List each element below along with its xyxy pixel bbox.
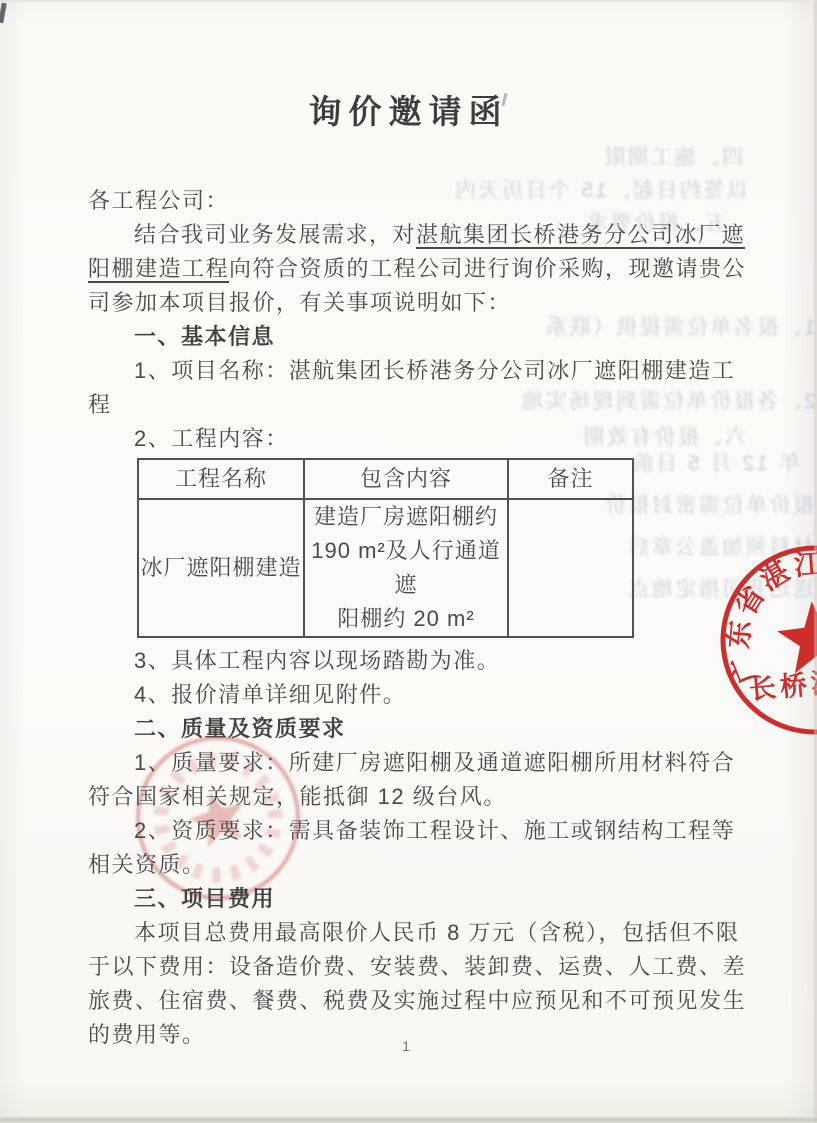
section1-item1-line2: 程 bbox=[88, 388, 750, 422]
section3-p-line3: 旅费、住宿费、餐费、税费及实施过程中应预见和不可预见发生 bbox=[88, 984, 750, 1018]
scan-edge-bottom bbox=[0, 1116, 817, 1123]
intro-line-1: 结合我司业务发展需求，对湛航集团长桥港务分公司冰厂遮 bbox=[88, 218, 750, 252]
table-cell-content-line2: 190 m²及人行通道遮 bbox=[305, 534, 507, 602]
intro-line-3: 司参加本项目报价，有关事项说明如下： bbox=[88, 286, 750, 320]
scan-edge-top bbox=[0, 0, 817, 2]
table-cell-content-line1: 建造厂房遮阳棚约 bbox=[305, 500, 507, 534]
intro-line-1-text: 结合我司业务发展需求，对 bbox=[134, 222, 416, 247]
section2-item1-line1: 1、质量要求：所建厂房遮阳棚及通道遮阳棚所用材料符合 bbox=[88, 746, 750, 780]
table-header-content: 包含内容 bbox=[304, 459, 508, 499]
salutation: 各工程公司： bbox=[88, 184, 750, 218]
table-cell-content: 建造厂房遮阳棚约 190 m²及人行通道遮 阳棚约 20 m² bbox=[304, 499, 508, 637]
section1-item3: 3、具体工程内容以现场踏勘为准。 bbox=[88, 644, 750, 678]
table-header-name: 工程名称 bbox=[138, 459, 304, 499]
seal-star-icon bbox=[775, 598, 817, 674]
project-name-underlined-1: 湛航集团长桥港务分公司冰厂遮 bbox=[416, 222, 745, 247]
intro-line-2-text: 向符合资质的工程公司进行询价采购，现邀请贵公 bbox=[229, 256, 746, 281]
section2-heading: 二、质量及资质要求 bbox=[88, 712, 750, 746]
table-row: 冰厂遮阳棚建造 建造厂房遮阳棚约 190 m²及人行通道遮 阳棚约 20 m² bbox=[138, 499, 633, 637]
section2-item2-line2: 相关资质。 bbox=[88, 848, 750, 882]
section3-p-line2: 于以下费用：设备造价费、安装费、装卸费、运费、人工费、差 bbox=[88, 950, 750, 984]
table-cell-content-line3: 阳棚约 20 m² bbox=[305, 602, 507, 636]
section1-item1-line1: 1、项目名称：湛航集团长桥港务分公司冰厂遮阳棚建造工 bbox=[88, 354, 750, 388]
table-cell-remark bbox=[508, 499, 633, 637]
document-body: 各工程公司： 结合我司业务发展需求，对湛航集团长桥港务分公司冰厂遮 阳棚建造工程… bbox=[88, 184, 750, 1052]
table-header-row: 工程名称 包含内容 备注 bbox=[138, 459, 633, 499]
page-number: 1 bbox=[0, 1038, 812, 1054]
section1-heading: 一、基本信息 bbox=[88, 320, 750, 354]
section2-item2-line1: 2、资质要求：需具备装饰工程设计、施工或钢结构工程等 bbox=[88, 814, 750, 848]
section1-item4: 4、报价清单详细见附件。 bbox=[88, 678, 750, 712]
bleedthrough-line: 四、施工期限 bbox=[558, 146, 743, 170]
document-title: 询价邀请函 bbox=[0, 86, 817, 133]
section2-item1-line2: 符合国家相关规定，能抵御 12 级台风。 bbox=[88, 780, 750, 814]
section1-item2: 2、工程内容： bbox=[88, 422, 750, 456]
table-cell-name: 冰厂遮阳棚建造 bbox=[138, 499, 304, 637]
section3-heading: 三、项目费用 bbox=[88, 882, 750, 916]
section3-p-line1: 本项目总费用最高限价人民币 8 万元（含税），包括但不限 bbox=[88, 916, 750, 950]
works-table: 工程名称 包含内容 备注 冰厂遮阳棚建造 建造厂房遮阳棚约 190 m²及人行通… bbox=[137, 458, 634, 638]
intro-line-2: 阳棚建造工程向符合资质的工程公司进行询价采购，现邀请贵公 bbox=[88, 252, 750, 286]
project-name-underlined-2: 阳棚建造工程 bbox=[88, 256, 229, 281]
company-seal-stamp: 广东省湛江航 长桥港 bbox=[674, 499, 817, 781]
table-header-remark: 备注 bbox=[508, 459, 633, 499]
